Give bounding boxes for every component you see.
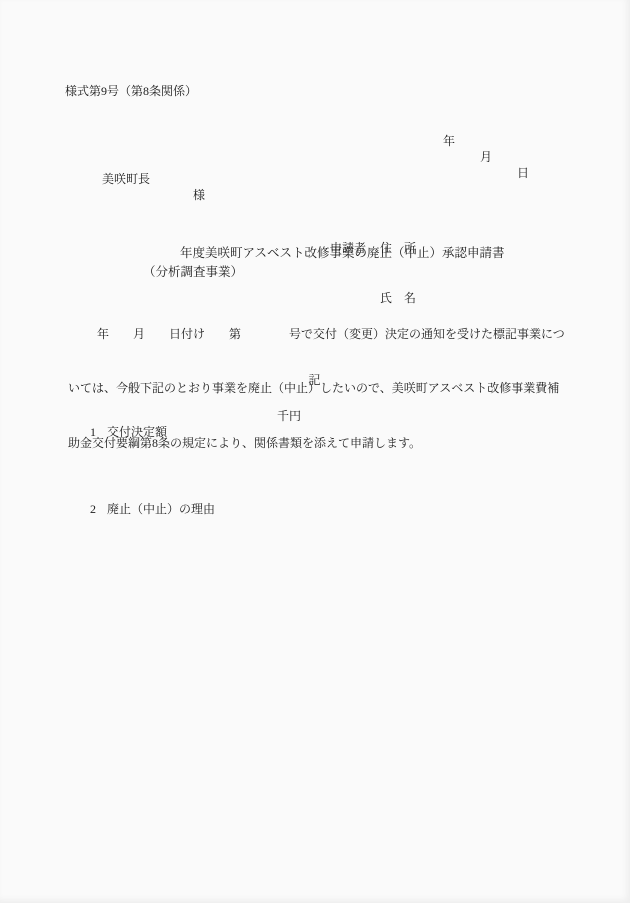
- applicant-name-row: 氏 名: [312, 274, 416, 292]
- item-1-label: 交付決定額: [107, 425, 167, 439]
- body-line-1: 年 月 日付け 第 号で交付（変更）決定の通知を受けた標記事業につ: [68, 323, 568, 345]
- document-subtitle: （分析調査事業）: [143, 264, 243, 280]
- item-1-row: 1交付決定額: [78, 408, 167, 424]
- date-year-label: 年: [443, 133, 455, 149]
- item-1-unit: 千円: [277, 408, 301, 424]
- item-2-label: 廃止（中止）の理由: [107, 502, 215, 516]
- document-title: 年度美咲町アスベスト改修事業の廃止（中止）承認申請書: [180, 245, 505, 261]
- applicant-address-row: 申請者住 所: [312, 224, 416, 242]
- addressee-name: 美咲町長: [102, 171, 150, 187]
- item-1-number: 1: [90, 424, 107, 440]
- form-number-label: 様式第9号（第8条関係）: [65, 83, 197, 99]
- document-page: 様式第9号（第8条関係） 年 月 日 美咲町長 様 申請者住 所 氏 名 年度美…: [0, 0, 630, 903]
- item-2-number: 2: [90, 501, 107, 517]
- record-heading: 記: [0, 372, 630, 388]
- addressee-honorific: 様: [193, 187, 205, 203]
- body-paragraph: 年 月 日付け 第 号で交付（変更）決定の通知を受けた標記事業につ いては、今般…: [68, 291, 568, 486]
- item-2-row: 2廃止（中止）の理由: [78, 485, 215, 501]
- addressee-line: 美咲町長 様: [0, 155, 630, 171]
